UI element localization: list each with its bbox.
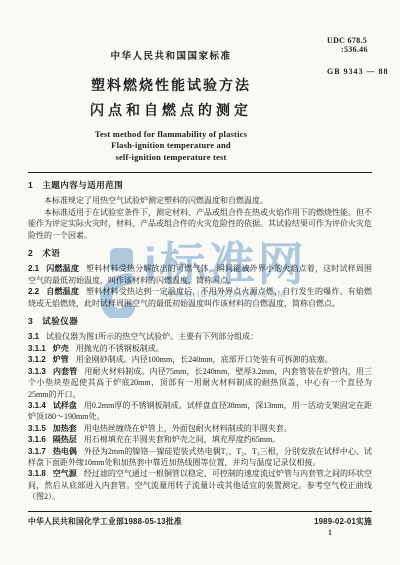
document-body: 1 主题内容与适用范围 本标准规定了用热空气试验炉测定塑料的闪燃温度和自燃温度。… [28, 180, 372, 503]
title-english: Test method for flammability of plastics… [28, 129, 314, 163]
clause-number: 3.1.3 [28, 367, 46, 376]
udc-block: UDC 678.5 :536.46 GB 9343 — 88 [327, 36, 389, 76]
standard-org-line: 中华人民共和国国家标准 [28, 48, 314, 62]
clause-number: 3.1.1 [28, 344, 46, 353]
clause-2-1: 2.1闪燃温度塑料材料受热分解放出的可燃气体，瞬间能被外界小的火焰点着，这时试样… [28, 263, 372, 286]
document-content: 中华人民共和国国家标准 塑料燃烧性能试验方法 闪点和自燃点的测定 Test me… [0, 0, 400, 503]
clause-text: 塑料材料受热分解放出的可燃气体，瞬间能被外界小的火焰点着，这时试样周围空气的最低… [28, 264, 372, 284]
title-en-line2: Flash-ignition temperature and [28, 140, 314, 151]
clause-number: 3.1.7 [28, 447, 46, 456]
clause-text: 用耐火材料制成。内径75mm，长240mm，壁厚3.2mm，内套管装在炉管内，用… [28, 367, 372, 399]
udc-line1: UDC 678.5 [327, 36, 389, 45]
clause-number: 3.1.6 [28, 435, 46, 444]
document-page: i标准网 WWW.IBIAOZHUN.COM 中华人民共和国国家标准 塑料燃烧性… [0, 0, 400, 565]
clause-3-1: 3.1试验仪器为图1所示的热空气试验炉。主要有下列部分组成： [28, 331, 372, 342]
clause-3-1-7: 3.1.7热电偶外径为2mm的镍铬－镍硅铠装式热电偶T₁、T₂、T₃三根，分别安… [28, 446, 372, 469]
clause-text: 用金刚砂制成。内径100mm，长240mm，底部开口处装有可拆卸的底塞。 [76, 355, 333, 364]
clause-text: 塑料材料受热达到一定温度后，不用外界点火源点燃，自行发生的爆炸、有焰燃烧或无焰燃… [28, 287, 372, 307]
clause-term: 空气源 [53, 469, 77, 478]
section-1-paragraph: 本标准适用于在试验室条件下，测定材料、产品或组合件在热或火焰作用下的燃烧性能。但… [28, 207, 372, 241]
clause-term: 闪燃温度 [46, 264, 79, 273]
clause-3-1-1: 3.1.1炉壳用抛光的不锈钢板制成。 [28, 343, 372, 354]
clause-text: 外径为2mm的镍铬－镍硅铠装式热电偶T₁、T₂、T₃三根，分别安放在试样中心、试… [28, 447, 372, 467]
footer-divider [28, 511, 372, 512]
clause-number: 3.1.8 [28, 469, 46, 478]
clause-term: 自燃温度 [46, 287, 79, 296]
page-number: 1 [328, 528, 332, 537]
section-1-heading: 1 主题内容与适用范围 [28, 180, 372, 191]
clause-text: 用0.2mm厚的不锈钢板制成。试样盘直径38mm，深13mm，用一活动支架固定在… [28, 401, 372, 421]
clause-term: 热电偶 [53, 447, 77, 456]
header-title-column: 中华人民共和国国家标准 塑料燃烧性能试验方法 闪点和自燃点的测定 Test me… [28, 48, 314, 163]
clause-number: 3.1.2 [28, 355, 46, 364]
document-footer: 中华人民共和国化学工业部1988-05-13批准 1989-02-01实施 1 [28, 511, 372, 527]
clause-number: 2.1 [28, 264, 39, 273]
standard-number: GB 9343 — 88 [327, 67, 389, 76]
clause-3-1-8: 3.1.8空气源经过滤的空气通过一根铜管以稳定、可控制的速度流过炉管与内套管之间… [28, 468, 372, 502]
clause-term: 内套管 [53, 367, 78, 376]
section-2-heading: 2 术语 [28, 248, 372, 259]
clause-text: 试验仪器为图1所示的热空气试验炉。主要有下列部分组成： [46, 332, 258, 341]
clause-text: 用抛光的不锈钢板制成。 [76, 344, 164, 353]
clause-3-1-6: 3.1.6隔热层用石棉填充在半圆夹套和炉壳之间，填充厚度约65mm。 [28, 434, 372, 445]
title-cn-line1: 塑料燃烧性能试验方法 [28, 75, 314, 95]
section-3-heading: 3 试验仪器 [28, 316, 372, 327]
clause-3-1-2: 3.1.2炉管用金刚砂制成。内径100mm，长240mm，底部开口处装有可拆卸的… [28, 354, 372, 365]
clause-number: 3.1 [28, 332, 39, 341]
clause-number: 3.1.5 [28, 424, 46, 433]
clause-3-1-5: 3.1.5加热套用电热丝缠绕在炉管上，外面包耐火材料制成的半圆夹套。 [28, 423, 372, 434]
title-en-line3: self-ignition temperature test [28, 152, 314, 163]
clause-term: 隔热层 [53, 435, 77, 444]
clause-text: 用电热丝缠绕在炉管上，外面包耐火材料制成的半圆夹套。 [84, 424, 292, 433]
section-1-paragraph: 本标准规定了用热空气试验炉测定塑料的闪燃温度和自燃温度。 [28, 195, 372, 206]
approval-note: 中华人民共和国化学工业部1988-05-13批准 [28, 516, 182, 527]
clause-number: 3.1.4 [28, 401, 46, 410]
udc-line2: :536.46 [327, 45, 389, 54]
footer-row: 中华人民共和国化学工业部1988-05-13批准 1989-02-01实施 [28, 516, 372, 527]
clause-3-1-3: 3.1.3内套管用耐火材料制成。内径75mm，长240mm，壁厚3.2mm，内套… [28, 366, 372, 400]
document-header: 中华人民共和国国家标准 塑料燃烧性能试验方法 闪点和自燃点的测定 Test me… [28, 0, 372, 172]
clause-term: 炉壳 [53, 344, 69, 353]
clause-number: 2.2 [28, 287, 39, 296]
title-cn-line2: 闪点和自燃点的测定 [28, 100, 314, 120]
clause-term: 加热套 [53, 424, 77, 433]
implementation-date: 1989-02-01实施 [314, 516, 372, 527]
header-divider [28, 172, 372, 173]
clause-text: 用石棉填充在半圆夹套和炉壳之间，填充厚度约65mm。 [84, 435, 280, 444]
clause-2-2: 2.2自燃温度塑料材料受热达到一定温度后，不用外界点火源点燃，自行发生的爆炸、有… [28, 286, 372, 309]
clause-term: 炉管 [53, 355, 69, 364]
clause-text: 经过滤的空气通过一根铜管以稳定、可控制的速度流过炉管与内套管之间的环状空间，然后… [28, 469, 372, 501]
title-en-line1: Test method for flammability of plastics [28, 129, 314, 140]
clause-term: 试样盘 [53, 401, 77, 410]
clause-3-1-4: 3.1.4试样盘用0.2mm厚的不锈钢板制成。试样盘直径38mm，深13mm，用… [28, 400, 372, 423]
